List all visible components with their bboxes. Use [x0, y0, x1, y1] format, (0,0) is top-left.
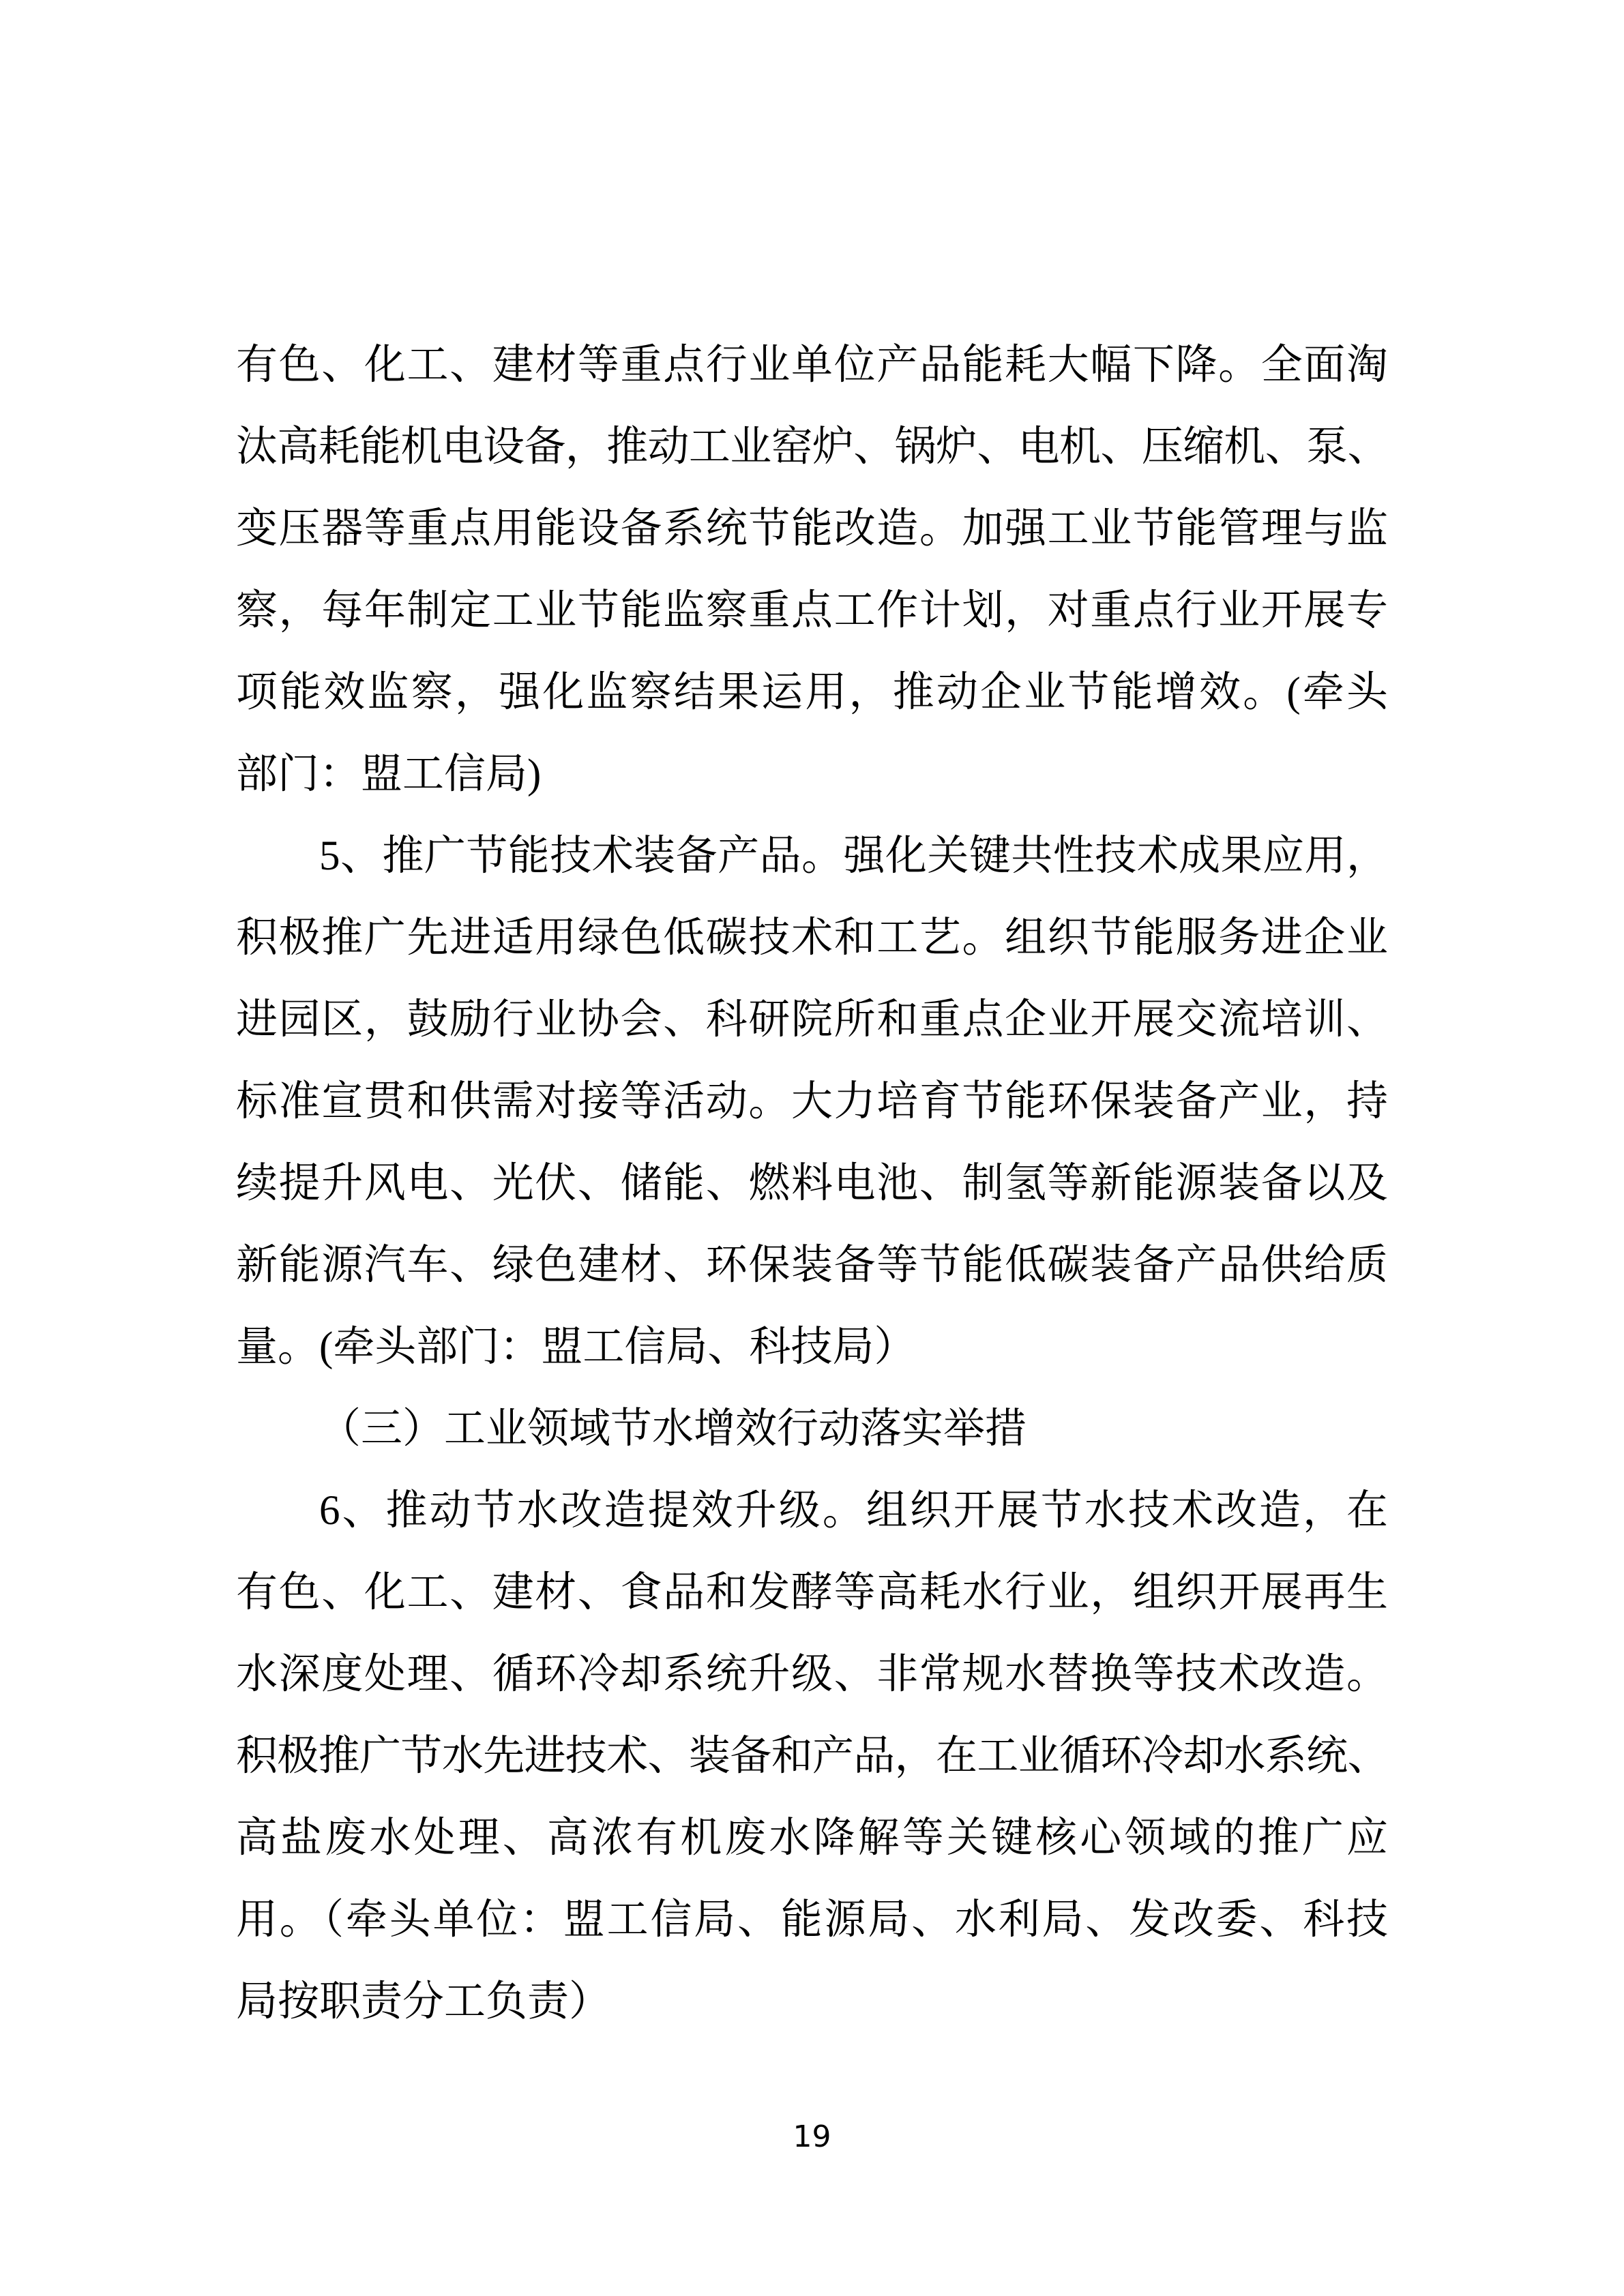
text-line: 局按职责分工负责） [236, 1961, 1388, 2043]
text-line: 有色、化工、建材等重点行业单位产品能耗大幅下降。全面淘 [236, 325, 1388, 406]
text-line: 水深度处理、循环冷却系统升级、非常规水替换等技术改造。 [236, 1634, 1388, 1716]
document-page: 有色、化工、建材等重点行业单位产品能耗大幅下降。全面淘 汰高耗能机电设备，推动工… [0, 0, 1624, 2296]
page-number: 19 [0, 2117, 1624, 2158]
text-line: 变压器等重点用能设备系统节能改造。加强工业节能管理与监 [236, 488, 1388, 570]
text-line: 有色、化工、建材、食品和发酵等高耗水行业，组织开展再生 [236, 1552, 1388, 1634]
text-line: 积极推广节水先进技术、装备和产品，在工业循环冷却水系统、 [236, 1716, 1388, 1798]
text-line: 标准宣贯和供需对接等活动。大力培育节能环保装备产业，持 [236, 1061, 1388, 1143]
text-line: 续提升风电、光伏、储能、燃料电池、制氢等新能源装备以及 [236, 1143, 1388, 1225]
text-line: 高盐废水处理、高浓有机废水降解等关键核心领域的推广应 [236, 1798, 1388, 1879]
text-line: 项能效监察，强化监察结果运用，推动企业节能增效。(牵头 [236, 652, 1388, 734]
section-heading: （三）工业领域节水增效行动落实举措 [236, 1388, 1388, 1470]
text-line: 新能源汽车、绿色建材、环保装备等节能低碳装备产品供给质 [236, 1225, 1388, 1307]
text-line: 汰高耗能机电设备，推动工业窑炉、锅炉、电机、压缩机、泵、 [236, 406, 1388, 488]
body-text: 有色、化工、建材等重点行业单位产品能耗大幅下降。全面淘 汰高耗能机电设备，推动工… [236, 325, 1388, 2043]
text-line: 积极推广先进适用绿色低碳技术和工艺。组织节能服务进企业 [236, 897, 1388, 979]
text-line: 量。(牵头部门：盟工信局、科技局） [236, 1307, 1388, 1388]
text-line: 察，每年制定工业节能监察重点工作计划，对重点行业开展专 [236, 570, 1388, 652]
text-line: 6、推动节水改造提效升级。组织开展节水技术改造，在 [236, 1470, 1388, 1552]
text-line: 5、推广节能技术装备产品。强化关键共性技术成果应用， [236, 816, 1388, 897]
text-line: 部门：盟工信局) [236, 734, 1388, 816]
text-line: 用。（牵头单位：盟工信局、能源局、水利局、发改委、科技 [236, 1879, 1388, 1961]
text-line: 进园区，鼓励行业协会、科研院所和重点企业开展交流培训、 [236, 979, 1388, 1061]
